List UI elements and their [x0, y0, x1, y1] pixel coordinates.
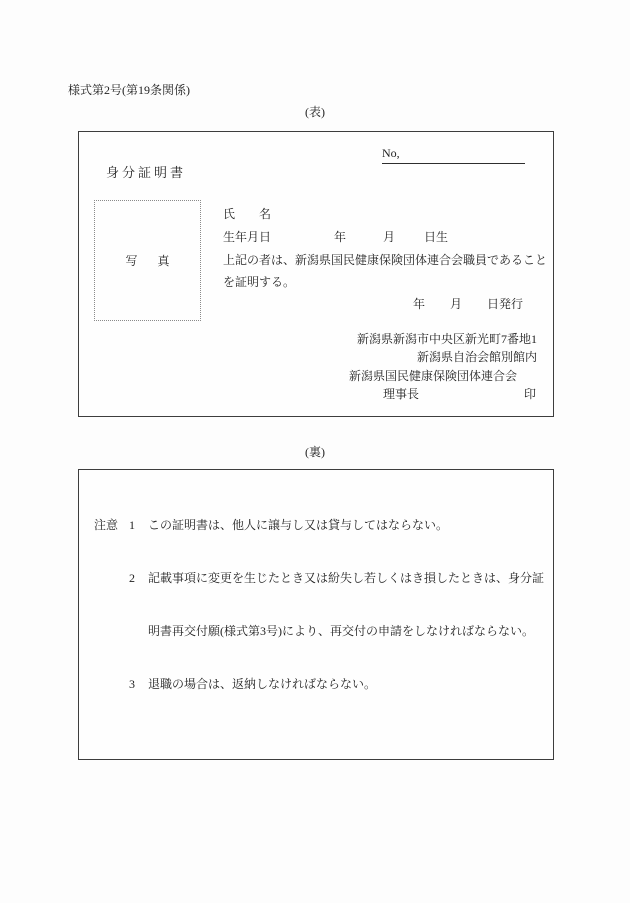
birthdate-row: 生年月日 年 月 日生 [79, 230, 553, 244]
statement-line-2: を証明する。 [223, 275, 295, 289]
notice-item-1-number: 1 [129, 518, 135, 532]
notice-item-2-text-line-1: 記載事項に変更を生じたとき又は紛失し若しくはき損したときは、身分証 [148, 571, 544, 585]
notice-item-1: 注意 1 この証明書は、他人に譲与し又は貸与してはならない。 [79, 518, 553, 532]
notice-item-3-text: 退職の場合は、返納しなければならない。 [148, 677, 376, 691]
notice-item-1-text: この証明書は、他人に譲与し又は貸与してはならない。 [148, 518, 448, 532]
issuer-title-label: 理事長 [383, 387, 419, 401]
birthdate-label: 生年月日 [223, 230, 271, 244]
issuer-signature-row: 理事長 印 [383, 387, 536, 401]
issue-year-label: 年 [413, 297, 425, 311]
certificate-back-card: 注意 1 この証明書は、他人に譲与し又は貸与してはならない。 2 記載事項に変更… [78, 469, 554, 760]
name-label: 氏 名 [223, 207, 271, 221]
notice-item-2-continuation: 明書再交付願(様式第3号)により、再交付の申請をしなければならない。 [79, 624, 553, 638]
issue-date-row: 年 月 日発行 [79, 297, 553, 311]
back-side-label: (裏) [0, 445, 630, 459]
issue-month-label: 月 [450, 297, 462, 311]
form-designation-label: 様式第2号(第19条関係) [68, 83, 190, 97]
seal-label: 印 [524, 387, 536, 401]
notice-item-2-text-line-2: 明書再交付願(様式第3号)により、再交付の申請をしなければならない。 [148, 624, 534, 638]
birth-month-label: 月 [383, 230, 395, 244]
notice-item-3: 3 退職の場合は、返納しなければならない。 [79, 677, 553, 691]
issuer-organization-name: 新潟県国民健康保険団体連合会 [349, 369, 517, 383]
birth-day-label: 日生 [424, 230, 448, 244]
birth-year-label: 年 [334, 230, 346, 244]
issue-day-label: 日発行 [487, 297, 523, 311]
photo-placeholder-label: 写 真 [121, 254, 173, 268]
notice-label: 注意 [94, 518, 118, 532]
name-row: 氏 名 [79, 207, 553, 221]
issuer-address-line-2: 新潟県自治会館別館内 [417, 350, 537, 364]
certificate-front-card: No, 身分証明書 写 真 氏 名 生年月日 年 月 日生 上記の者は、新潟県国… [78, 131, 554, 417]
certificate-number-line: No, [382, 146, 525, 164]
statement-line-1: 上記の者は、新潟県国民健康保険団体連合会職員であること [223, 253, 547, 267]
document-page: 様式第2号(第19条関係) (表) No, 身分証明書 写 真 氏 名 生年月日… [0, 0, 630, 903]
notice-item-3-number: 3 [129, 677, 135, 691]
notice-item-2: 2 記載事項に変更を生じたとき又は紛失し若しくはき損したときは、身分証 [79, 571, 553, 585]
issuer-address-line-1: 新潟県新潟市中央区新光町7番地1 [357, 332, 537, 346]
notice-item-2-number: 2 [129, 571, 135, 585]
front-side-label: (表) [0, 105, 630, 119]
certificate-title: 身分証明書 [106, 165, 186, 180]
